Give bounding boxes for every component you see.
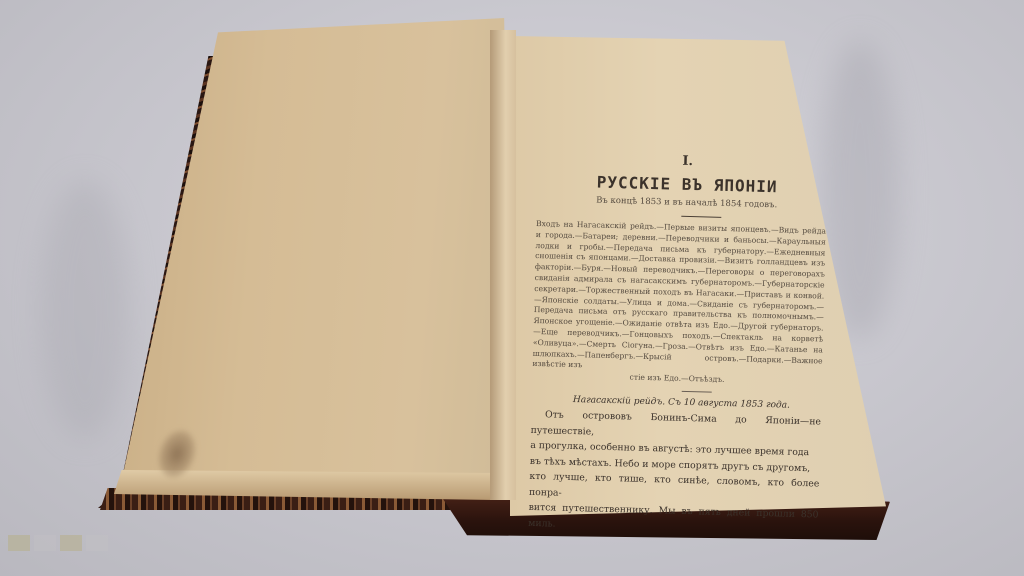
chapter-title: РУССКІЕ ВЪ ЯПОНІИ (547, 171, 827, 197)
left-page (120, 18, 512, 498)
cloth-fold-shadow (40, 180, 130, 440)
chapter-summary: Входъ на Нагасакскій рейдъ.—Первые визит… (532, 219, 826, 378)
divider (681, 216, 721, 218)
right-page-text: I. РУССКІЕ ВЪ ЯПОНІИ Въ концѣ 1853 и въ … (528, 150, 828, 539)
divider (682, 391, 712, 393)
book-gutter (490, 30, 516, 500)
body-text: Отъ острововъ Бонинъ-Сима до Японіи—не п… (528, 407, 821, 539)
watermark (8, 535, 108, 551)
chapter-date: Въ концѣ 1853 и въ началѣ 1854 годовъ. (547, 194, 827, 211)
